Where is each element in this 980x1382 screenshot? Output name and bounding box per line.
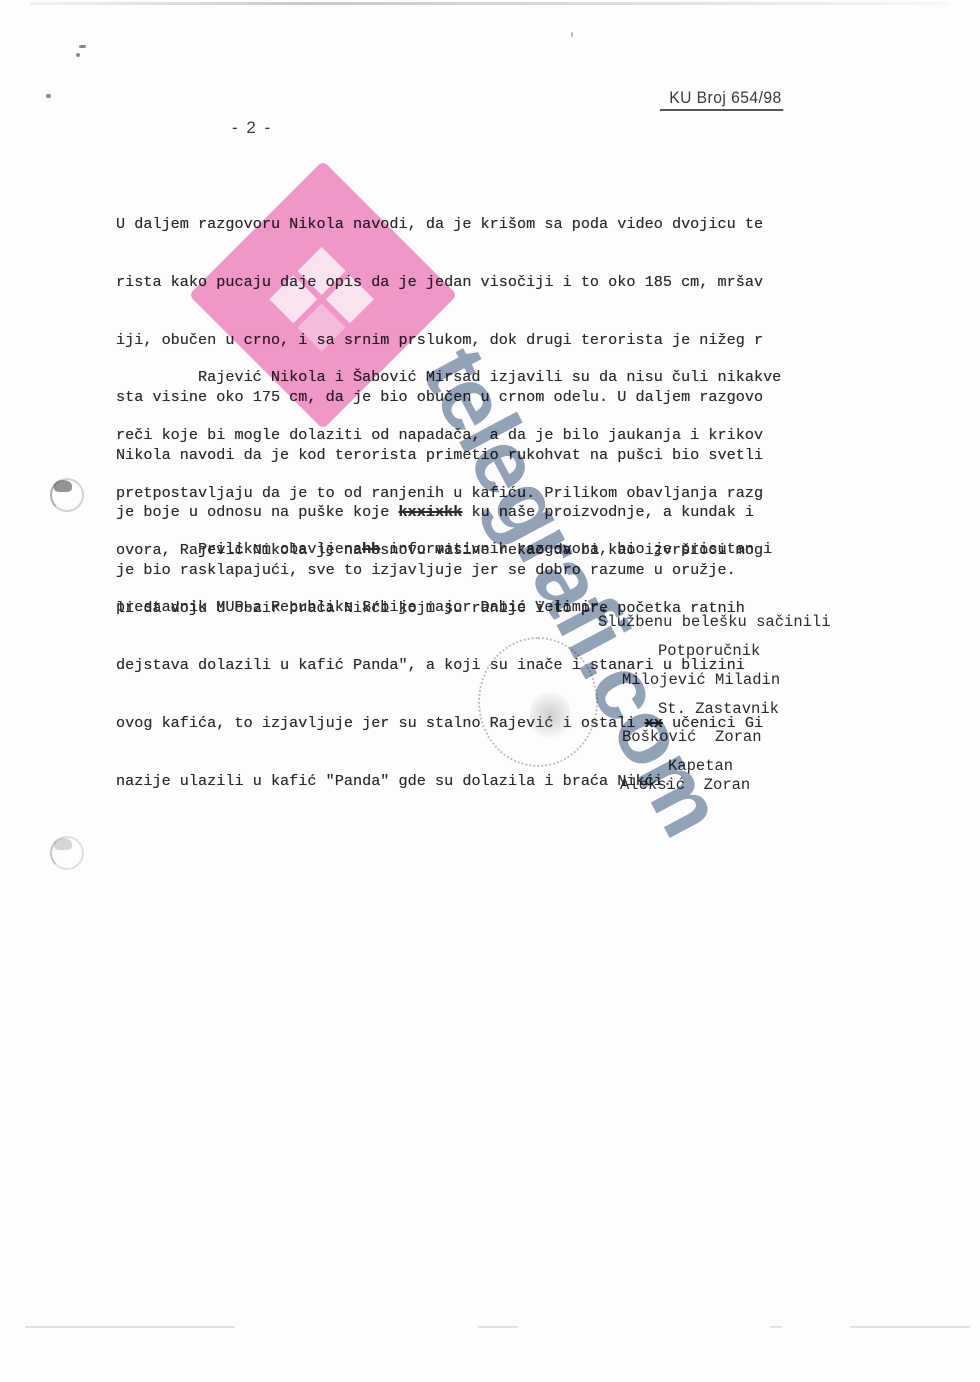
scan-speck bbox=[571, 32, 573, 37]
document-page: KU Broj 654/98 - 2 - U daljem razgovoru … bbox=[0, 0, 980, 1382]
punch-hole-mark bbox=[50, 836, 84, 870]
scan-top-edge bbox=[30, 2, 950, 5]
punch-hole-mark bbox=[50, 478, 84, 512]
scan-bottom-edge bbox=[770, 1326, 782, 1328]
page-number: - 2 - bbox=[232, 118, 272, 138]
scan-speck bbox=[76, 53, 80, 57]
struck-text: hh bbox=[362, 540, 380, 558]
text-line: Rajević Nikola i Šabović Mirsad izjavili… bbox=[116, 368, 946, 387]
scan-speck bbox=[46, 94, 51, 98]
stamp-emblem bbox=[530, 690, 570, 740]
scan-bottom-edge bbox=[478, 1326, 518, 1328]
scan-bottom-edge bbox=[25, 1326, 235, 1328]
reference-number: KU Broj 654/98 bbox=[660, 88, 784, 111]
scan-speck bbox=[79, 45, 86, 48]
text-line: U daljem razgovoru Nikola navodi, da je … bbox=[116, 215, 946, 234]
signatory-rank: Potporučnik bbox=[658, 642, 760, 660]
text-line: nazije ulazili u kafić "Panda" gde su do… bbox=[116, 772, 946, 791]
scan-bottom-edge bbox=[850, 1326, 970, 1328]
text-segment: Prilikom obavljena bbox=[198, 540, 362, 558]
